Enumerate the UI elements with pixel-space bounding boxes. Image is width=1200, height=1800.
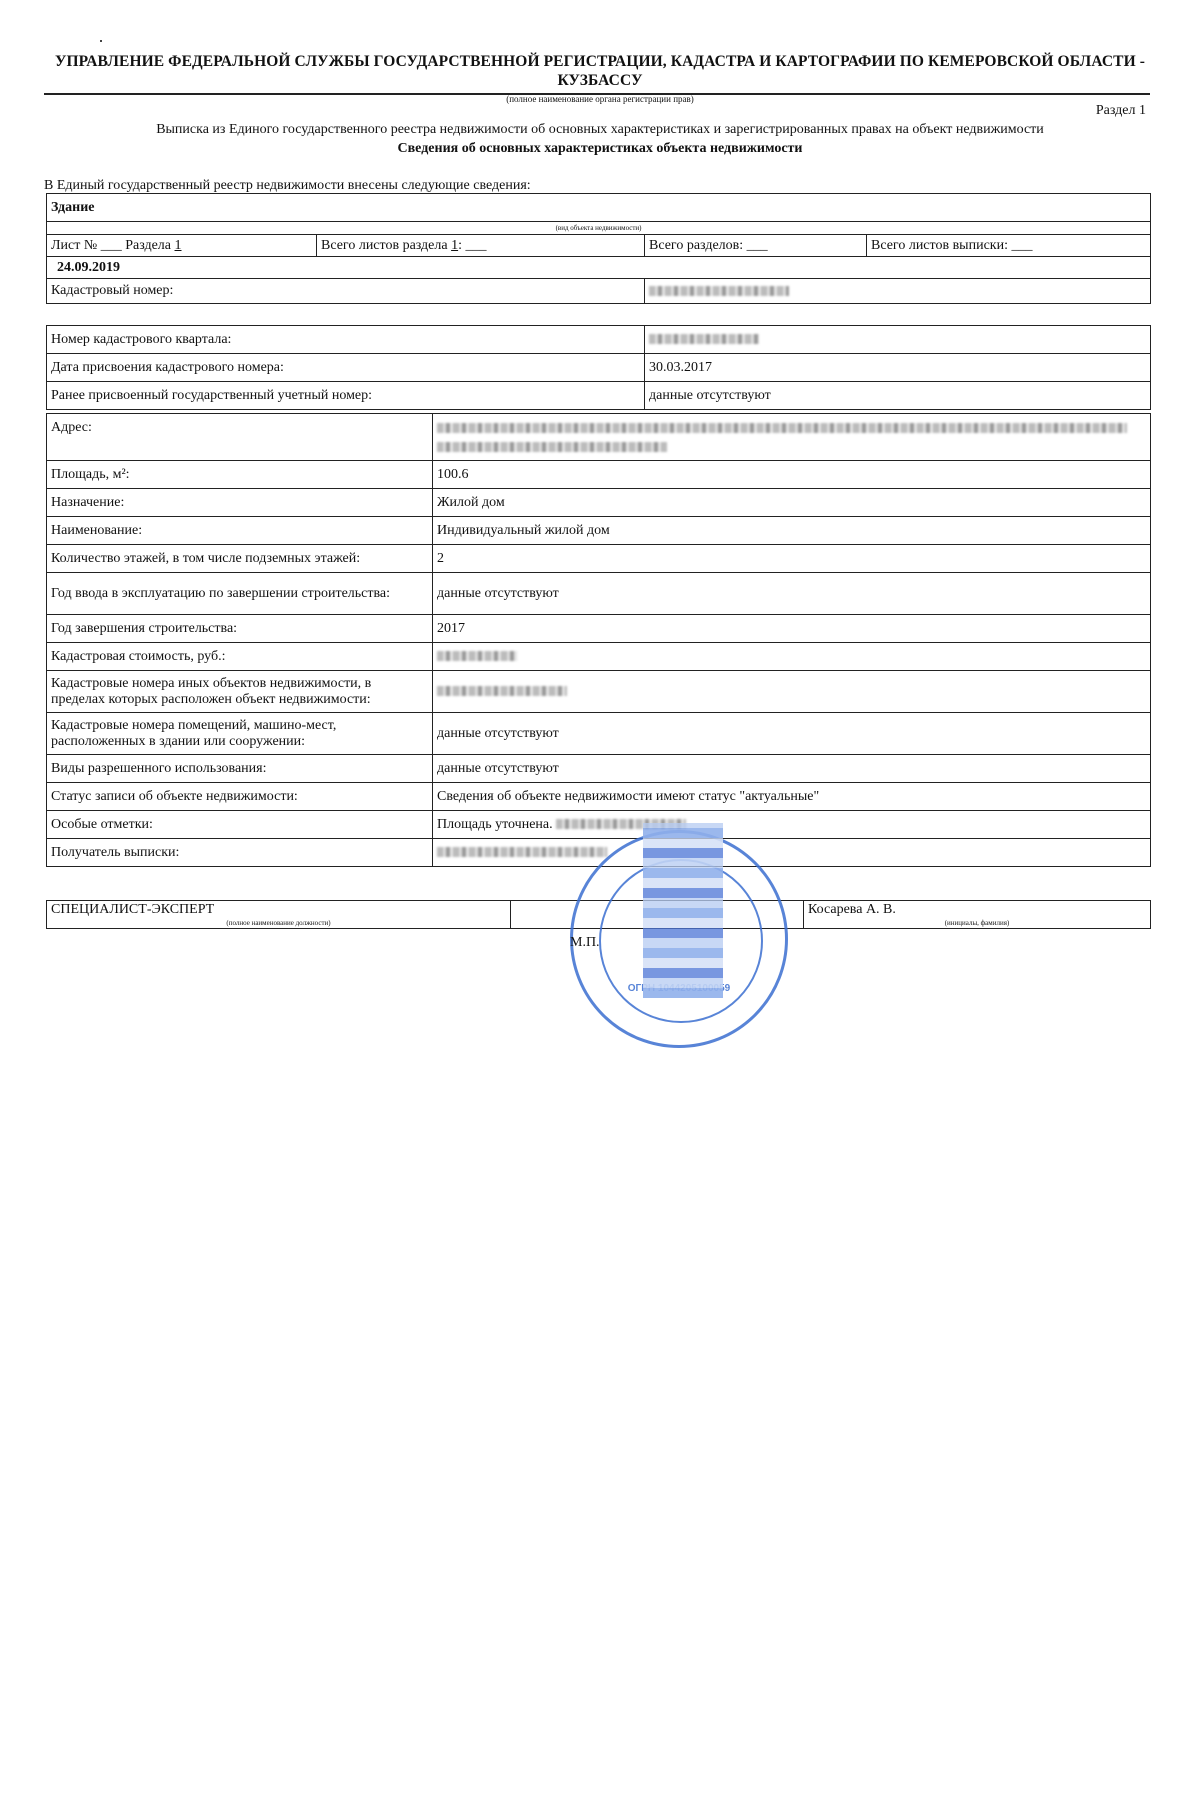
cadastral-number-label: Кадастровый номер: [47, 279, 645, 304]
row-label: Ранее присвоенный государственный учетны… [47, 382, 645, 410]
row-value: Сведения об объекте недвижимости имеют с… [433, 783, 1151, 811]
signer-position: СПЕЦИАЛИСТ-ЭКСПЕРТ [47, 901, 511, 919]
row-label: Год ввода в эксплуатацию по завершении с… [47, 573, 433, 615]
redacted-block [649, 286, 789, 296]
sheet-number-cell: Лист № ___ Раздела 1 [47, 235, 317, 257]
row-value: данные отсутствуют [433, 755, 1151, 783]
organization-name: УПРАВЛЕНИЕ ФЕДЕРАЛЬНОЙ СЛУЖБЫ ГОСУДАРСТВ… [40, 52, 1160, 90]
row-label: Наименование: [47, 517, 433, 545]
row-label: Назначение: [47, 489, 433, 517]
row-label: Получатель выписки: [47, 839, 433, 867]
redacted-block [437, 651, 517, 661]
total-sheets-section-cell: Всего листов раздела 1: ___ [317, 235, 645, 257]
row-value [433, 643, 1151, 671]
row-label: Виды разрешенного использования: [47, 755, 433, 783]
row-value [433, 671, 1151, 713]
row-label: Кадастровые номера иных объектов недвижи… [47, 671, 433, 713]
document-subtitle: Сведения об основных характеристиках объ… [0, 141, 1200, 157]
row-value: 100.6 [433, 461, 1151, 489]
row-value: 2 [433, 545, 1151, 573]
row-value: 30.03.2017 [645, 354, 1151, 382]
row-label: Год завершения строительства: [47, 615, 433, 643]
row-value [645, 326, 1151, 354]
row-label: Особые отметки: [47, 811, 433, 839]
row-value: данные отсутствуют [645, 382, 1151, 410]
total-sections-cell: Всего разделов: ___ [645, 235, 867, 257]
seal-mark: М.П. [570, 935, 600, 951]
row-label: Площадь, м²: [47, 461, 433, 489]
row-label: Дата присвоения кадастрового номера: [47, 354, 645, 382]
row-value: 2017 [433, 615, 1151, 643]
cadastral-number-value [645, 279, 1151, 304]
row-label: Кадастровая стоимость, руб.: [47, 643, 433, 671]
row-value: Индивидуальный жилой дом [433, 517, 1151, 545]
total-sheets-extract-cell: Всего листов выписки: ___ [867, 235, 1151, 257]
signer-name: Косарева А. В. [804, 901, 1151, 919]
row-label: Адрес: [47, 414, 433, 461]
row-value: Жилой дом [433, 489, 1151, 517]
row-label: Количество этажей, в том числе подземных… [47, 545, 433, 573]
row-label: Кадастровые номера помещений, машино-мес… [47, 713, 433, 755]
row-value: данные отсутствуют [433, 573, 1151, 615]
seal-redaction [643, 823, 723, 998]
row-value [433, 839, 1151, 867]
row-label: Номер кадастрового квартала: [47, 326, 645, 354]
redacted-block [437, 442, 667, 452]
row-value: Площадь уточнена. [433, 811, 1151, 839]
scan-speck [100, 40, 102, 42]
row-label: Статус записи об объекте недвижимости: [47, 783, 433, 811]
object-info-table: Здание (вид объекта недвижимости) Лист №… [46, 193, 1151, 304]
organization-caption: (полное наименование органа регистрации … [0, 94, 1200, 104]
signer-position-caption: (полное наименование должности) [47, 919, 511, 929]
section-label: Раздел 1 [1096, 103, 1146, 119]
characteristics-table: Адрес: Площадь, м²:100.6 Назначение:Жило… [46, 413, 1151, 867]
object-type: Здание [47, 194, 1151, 222]
redacted-block [437, 423, 1127, 433]
signer-name-caption: (инициалы, фамилия) [804, 919, 1151, 929]
object-type-caption: (вид объекта недвижимости) [47, 222, 1151, 235]
row-value: данные отсутствуют [433, 713, 1151, 755]
redacted-block [437, 686, 567, 696]
registration-table: Номер кадастрового квартала: Дата присво… [46, 325, 1151, 410]
intro-text: В Единый государственный реестр недвижим… [44, 178, 531, 194]
row-value [433, 414, 1151, 461]
official-seal: ОГРН 1044205100059 [570, 830, 788, 1048]
redacted-block [437, 847, 607, 857]
redacted-block [649, 334, 759, 344]
document-title: Выписка из Единого государственного реес… [0, 122, 1200, 138]
extract-date: 24.09.2019 [47, 257, 1151, 279]
